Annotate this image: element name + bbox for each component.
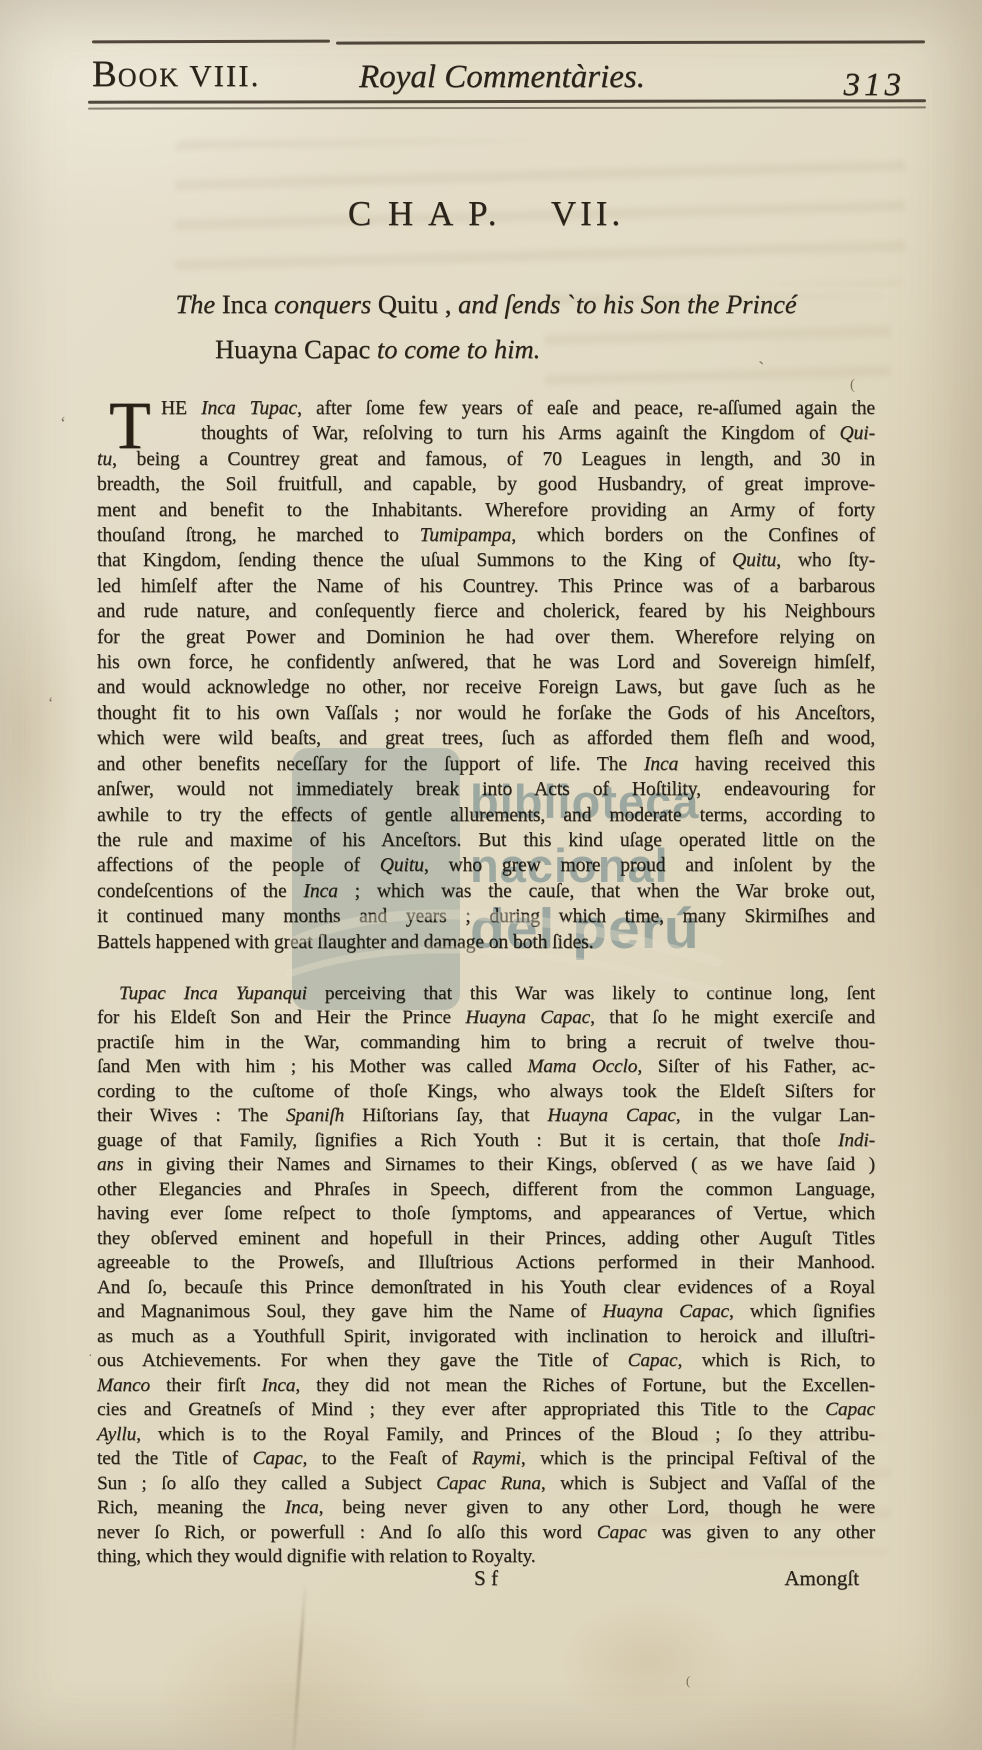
- text-line: thoughts of War, reſolving to turn his A…: [97, 421, 875, 446]
- text-line: Battels happened with great ſlaughter an…: [97, 930, 875, 955]
- ink-speck: ·: [88, 1350, 93, 1364]
- text-line: cies and Greatneſs of Mind ; they ever a…: [97, 1398, 875, 1423]
- text-line: for the great Power and Dominion he had …: [97, 625, 875, 650]
- italic-text: Indi-: [838, 1130, 875, 1151]
- text-line: cording to the cuſtome of thoſe Kings, w…: [97, 1080, 875, 1105]
- text-line: his own force, he confidently anſwered, …: [97, 650, 875, 675]
- text-line: tu, being a Countrey great and famous, o…: [97, 447, 875, 472]
- text-line: ous Atchievements. For when they gave th…: [97, 1349, 875, 1374]
- italic-text: Huayna Capac: [465, 1007, 590, 1028]
- text-line: Ayllu, which is to the Royal Family, and…: [97, 1423, 875, 1448]
- text-line: Tupac Inca Yupanqui perceiving that this…: [97, 982, 875, 1007]
- running-title: Royal Commentàries.: [335, 59, 669, 96]
- ink-speck: (: [686, 1674, 690, 1687]
- text-line: anſwer, would not immediately break into…: [97, 777, 875, 802]
- text-line: having ever ſome reſpect to thoſe ſympto…: [97, 1202, 875, 1227]
- book-label-initial: B: [92, 54, 118, 95]
- signature-mark: S f: [97, 1566, 875, 1591]
- text-line: for his Eldeſt Son and Heir the Prince H…: [97, 1006, 875, 1031]
- italic-text: Huayna Capac: [547, 1105, 675, 1126]
- text-line: they obſerved eminent and hopefull in th…: [97, 1227, 875, 1252]
- italic-text: and ſends ˋto his Son the Princé: [458, 289, 797, 319]
- italic-text: Capac Runa: [436, 1473, 541, 1494]
- text-line: which were wild beaſts, and great trees,…: [97, 726, 875, 751]
- text-line: HE Inca Tupac, after ſome few years of e…: [97, 396, 875, 421]
- text-line: led himſelf after the Name of his Countr…: [97, 574, 875, 599]
- text-line: that Kingdom, ſending thence the uſual S…: [97, 548, 875, 573]
- paper-crease: [292, 1583, 307, 1750]
- italic-text: Inca: [261, 1375, 295, 1396]
- text-line: condeſcentions of the Inca ; which was t…: [97, 879, 875, 904]
- text-line: Manco their firſt Inca, they did not mea…: [97, 1374, 875, 1399]
- text-line: never ſo Rich, or powerfull : And ſo alſ…: [97, 1521, 875, 1546]
- italic-text: Inca Tupac: [201, 398, 297, 419]
- italic-text: Capac: [253, 1448, 303, 1469]
- text-line: Sun ; ſo alſo they called a Subject Capa…: [97, 1472, 875, 1497]
- chapter-argument: The Inca conquers Quitu , and ſends ˋto …: [97, 282, 875, 372]
- ink-speck: ʻ: [60, 414, 66, 432]
- header-rule-top-left: [92, 40, 330, 43]
- text-line: their Wives : The Spaniſh Hiſtorians ſay…: [97, 1104, 875, 1129]
- italic-text: Ayllu: [97, 1424, 136, 1445]
- text-line: the rule and maxime of his Anceſtors. Bu…: [97, 828, 875, 853]
- italic-text: Inca: [644, 754, 678, 775]
- text-line: other Elegancies and Phraſes in Speech, …: [97, 1178, 875, 1203]
- running-header: BOOK VIII. Royal Commentàries. 313: [92, 48, 925, 102]
- book-label-smallcaps: OOK: [118, 63, 180, 92]
- book-page: BOOK VIII. Royal Commentàries. 313 C H A…: [0, 0, 982, 1750]
- italic-text: Mama Occlo: [527, 1056, 637, 1077]
- italic-text: Spaniſh: [286, 1105, 344, 1126]
- text-line: it continued many months and years ; dur…: [97, 904, 875, 929]
- text-line: and rude nature, and conſequently fierce…: [97, 599, 875, 624]
- text-line: ſand Men with him ; his Mother was calle…: [97, 1055, 875, 1080]
- text-line: and Magnanimous Soul, they gave him the …: [97, 1300, 875, 1325]
- drop-cap: T: [109, 391, 151, 459]
- italic-text: Capac: [597, 1522, 647, 1543]
- text-line: guage of that Family, ſignifies a Rich Y…: [97, 1129, 875, 1154]
- italic-text: conquers: [274, 289, 378, 319]
- catchword: Amongſt: [784, 1566, 859, 1591]
- chapter-heading: C H A P. VII.: [97, 194, 875, 234]
- text-line: awhile to try the effects of gentle allu…: [97, 803, 875, 828]
- text-line: thought fit to his own Vaſſals ; nor wou…: [97, 701, 875, 726]
- text-line: ment and benefit to the Inhabitants. Whe…: [97, 498, 875, 523]
- text-line: and would acknowledge no other, nor rece…: [97, 675, 875, 700]
- italic-text: Quitu: [380, 855, 424, 876]
- text-line: ans in giving their Names and Sirnames t…: [97, 1153, 875, 1178]
- header-rule-bottom-2: [88, 106, 926, 109]
- chapter-argument-line: The Inca conquers Quitu , and ſends ˋto …: [97, 282, 875, 327]
- chapter-argument-line: Huayna Capac to come to him.: [97, 327, 875, 372]
- italic-text: to come to him.: [377, 334, 540, 364]
- italic-text: Raymi: [472, 1448, 521, 1469]
- italic-text: Capac: [628, 1350, 678, 1371]
- italic-text: Inca: [285, 1497, 319, 1518]
- text-line: And ſo, becauſe this Prince demonſtrated…: [97, 1276, 875, 1301]
- italic-text: Huayna Capac: [602, 1301, 728, 1322]
- text-line: as much as a Youthfull Spirit, invigorat…: [97, 1325, 875, 1350]
- text-line: breadth, the Soil fruitfull, and capable…: [97, 472, 875, 497]
- body-text: THE Inca Tupac, after ſome few years of …: [97, 396, 875, 1570]
- text-line: Rich, meaning the Inca, being never give…: [97, 1496, 875, 1521]
- footer-row: S f Amongſt: [97, 1566, 875, 1596]
- text-line: and other benefits neceſſary for the ſup…: [97, 752, 875, 777]
- italic-text: Inca: [303, 881, 337, 902]
- text-line: agreeable to the Proweſs, and Illuſtriou…: [97, 1251, 875, 1276]
- text-line: ted the Title of Capac, to the Feaſt of …: [97, 1447, 875, 1472]
- italic-text: Qui-: [839, 423, 875, 444]
- book-label-numeral: VIII.: [180, 58, 260, 93]
- text-line: practiſe him in the War, commanding him …: [97, 1031, 875, 1056]
- italic-text: The: [175, 289, 221, 319]
- italic-text: Quitu: [732, 550, 776, 571]
- ink-speck: ʻ: [48, 696, 53, 712]
- italic-text: Tupac Inca Yupanqui: [119, 983, 307, 1004]
- italic-text: Tumipampa: [420, 525, 512, 546]
- paragraph: Tupac Inca Yupanqui perceiving that this…: [97, 982, 875, 1570]
- book-label: BOOK VIII.: [92, 53, 260, 96]
- italic-text: Manco: [97, 1375, 150, 1396]
- text-line: thouſand ſtrong, he marched to Tumipampa…: [97, 523, 875, 548]
- paragraph: THE Inca Tupac, after ſome few years of …: [97, 396, 875, 955]
- italic-text: Capac: [825, 1399, 875, 1420]
- header-rule-bottom-1: [88, 99, 926, 103]
- italic-text: ans: [97, 1154, 124, 1175]
- header-rule-top-right: [336, 40, 925, 44]
- text-line: affections of the people of Quitu, who g…: [97, 853, 875, 878]
